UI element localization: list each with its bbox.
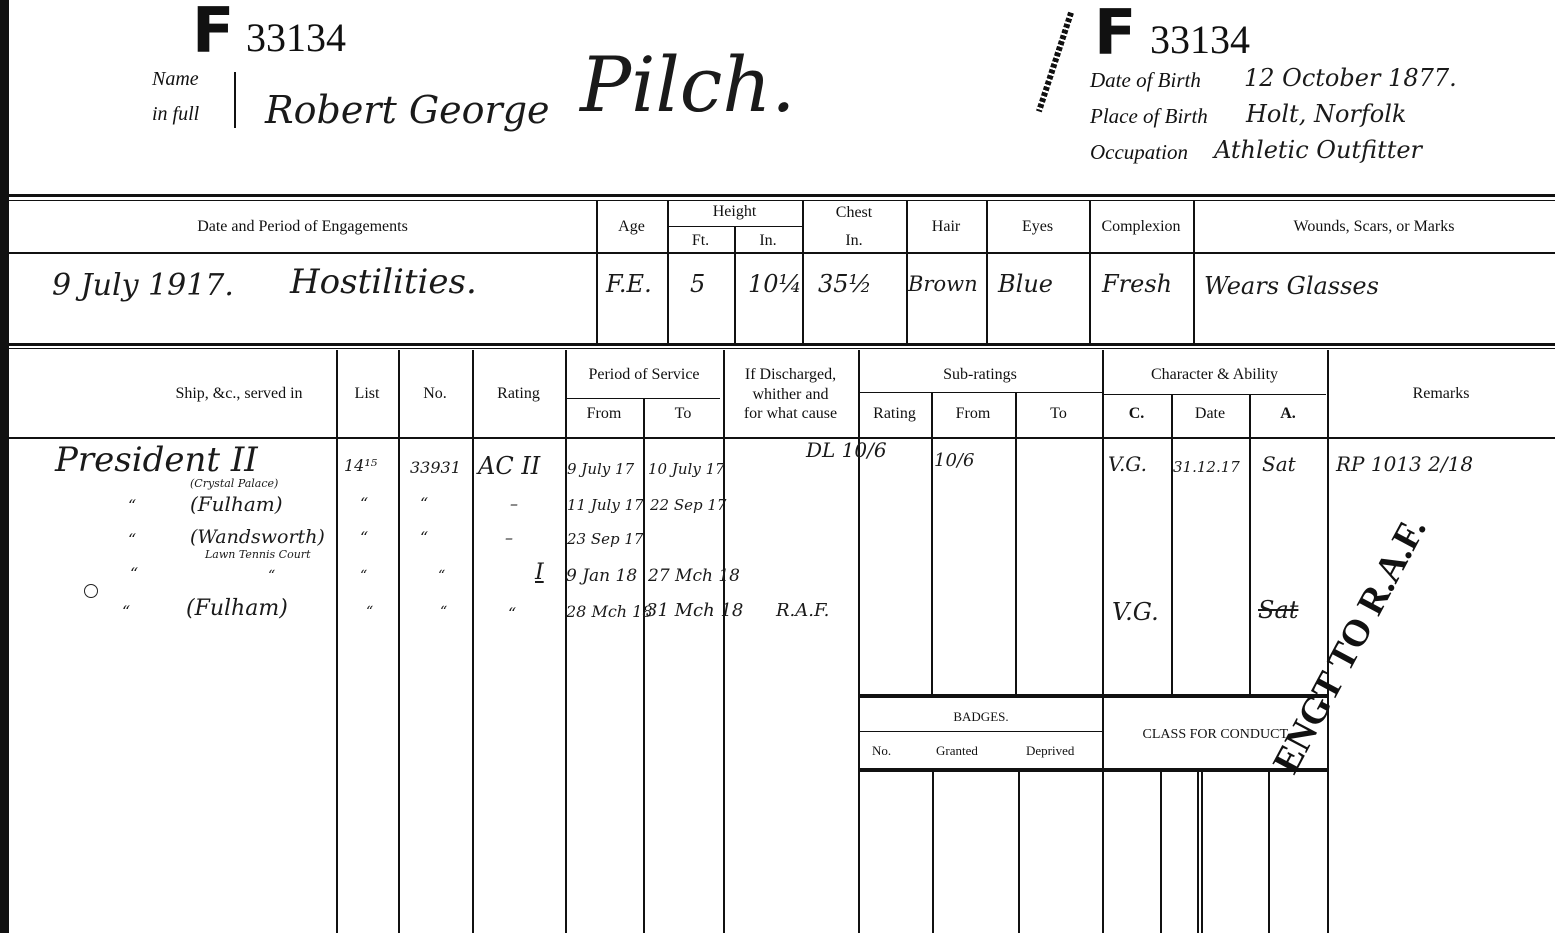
badges-title: BADGES. (858, 709, 1104, 725)
engagement-height-ft: 5 (690, 270, 705, 298)
row3-list: “ (360, 528, 368, 547)
col-sep (398, 350, 400, 933)
header-no: No. (398, 385, 472, 403)
rule-top (9, 194, 1555, 197)
col-sep (1171, 394, 1173, 694)
engagement-height-in: 10¼ (748, 270, 802, 298)
row4-circle-mark (84, 584, 98, 598)
rule-badges-bottom (858, 768, 1329, 772)
row5-to: 31 Mch 18 (646, 600, 743, 621)
row5-discharged: R.A.F. (776, 600, 829, 621)
col-sep (931, 392, 933, 694)
row1-sub-from: 10/6 (934, 450, 974, 471)
row2-list: “ (360, 494, 368, 513)
row5-list: “ (366, 604, 373, 620)
header-discharged-2: whither and (723, 386, 858, 404)
dob-value: 12 October 1877. (1244, 64, 1457, 92)
row2-no: “ (420, 494, 428, 513)
row1-from: 9 July 17 (567, 460, 634, 478)
pob-label: Place of Birth (1090, 104, 1208, 129)
header-sub-from: From (931, 405, 1015, 423)
dob-label: Date of Birth (1090, 68, 1201, 93)
col-sep (1018, 772, 1020, 933)
engagement-date: 9 July 1917. (52, 268, 234, 303)
row1-list: 14¹⁵ (344, 456, 377, 475)
engagement-chest: 35½ (818, 270, 872, 298)
col-sep (1102, 350, 1104, 933)
header-height: Height (667, 203, 802, 221)
row5-ship: “ (122, 602, 130, 621)
row2-from: 11 July 17 (567, 496, 644, 514)
rule-subratings-split (858, 392, 1102, 393)
occupation-label: Occupation (1090, 140, 1188, 165)
col-sep (667, 201, 669, 343)
row1-no: 33931 (410, 458, 461, 477)
name-brace (228, 72, 236, 128)
col-sep (472, 350, 474, 933)
header-chest: Chest (802, 204, 906, 222)
row1-ship-note: (Crystal Palace) (190, 477, 278, 490)
header-from: From (565, 405, 643, 423)
header-discharged-3: for what cause (723, 405, 858, 423)
col-sep (802, 201, 804, 343)
header-height-ft: Ft. (667, 232, 734, 250)
row5-rating: “ (508, 604, 516, 623)
col-sep (1197, 772, 1199, 933)
row5-no: “ (440, 604, 447, 620)
row4-ship: “ (130, 564, 138, 583)
engt-to-raf-stamp: ENGT TO R.A.F. (1264, 510, 1436, 780)
badges-no: No. (872, 743, 891, 759)
header-period: Period of Service (565, 366, 723, 384)
header-hair: Hair (906, 218, 986, 236)
engagement-complexion: Fresh (1102, 270, 1172, 298)
col-sep (1249, 394, 1251, 694)
rule-character-split (1102, 394, 1326, 395)
row5-c: V.G. (1112, 598, 1159, 626)
row1-rating: AC II (478, 452, 540, 480)
engagement-age: F.E. (606, 270, 652, 298)
header-chest-in: In. (802, 232, 906, 250)
header-height-in: In. (734, 232, 802, 250)
row1-date: 31.12.17 (1173, 458, 1240, 476)
row3-ship: “ (128, 530, 136, 549)
row4-to: 27 Mch 18 (648, 566, 740, 586)
row4-rating: I (535, 560, 544, 585)
official-number: 33134 (246, 14, 346, 61)
left-border (0, 0, 9, 933)
col-sep (932, 772, 934, 933)
engagement-wounds: Wears Glasses (1204, 272, 1379, 300)
row3-ship-note2: Lawn Tennis Court (205, 548, 310, 561)
row2-ship: “ (128, 496, 136, 515)
pob-value: Holt, Norfolk (1246, 100, 1406, 128)
row1-to: 10 July 17 (648, 460, 725, 478)
row3-from: 23 Sep 17 (567, 530, 643, 548)
header-discharged-1: If Discharged, (723, 366, 858, 384)
occupation-value: Athletic Outfitter (1214, 136, 1422, 164)
row4-list: “ (360, 568, 367, 584)
row1-c: V.G. (1108, 452, 1147, 476)
name-label-line2: in full (152, 103, 199, 126)
official-number-prefix: F (192, 0, 234, 67)
row4-ship-note: “ (268, 568, 275, 584)
header-eyes: Eyes (986, 218, 1089, 236)
name-last: Pilch. (580, 40, 795, 129)
name-label-line1: Name (152, 68, 199, 91)
row1-a: Sat (1262, 452, 1296, 476)
rule-badges-top (858, 694, 1329, 698)
stamp-diagonal-mark (1036, 12, 1074, 113)
col-sep (565, 350, 567, 933)
header-c: C. (1102, 405, 1171, 423)
col-sep (1160, 772, 1162, 933)
name-first: Robert George (265, 88, 550, 132)
engagement-hair: Brown (908, 272, 978, 296)
col-sep (1268, 772, 1270, 933)
header-rating: Rating (472, 385, 565, 403)
engagement-eyes: Blue (998, 270, 1053, 298)
rule-eng-bottom-thin (9, 348, 1555, 349)
row1-remarks: RP 1013 2/18 (1336, 452, 1473, 476)
header-complexion: Complexion (1089, 218, 1193, 236)
row5-from: 28 Mch 18 (566, 602, 653, 621)
row5-ship-note: (Fulham) (186, 596, 288, 621)
col-sep (723, 350, 725, 933)
right-number-prefix: F (1094, 0, 1136, 69)
rule-service-header (9, 437, 1555, 439)
row2-rating: – (510, 494, 518, 513)
rule-eng-bottom (9, 343, 1555, 346)
header-age: Age (596, 218, 667, 236)
row2-to: 22 Sep 17 (650, 496, 726, 514)
header-date: Date (1171, 405, 1249, 423)
header-wounds: Wounds, Scars, or Marks (1193, 218, 1555, 236)
row3-rating: – (505, 528, 513, 547)
col-sep (336, 350, 338, 933)
header-character: Character & Ability (1102, 366, 1327, 384)
rule-top-thin (9, 200, 1555, 201)
header-sub-to: To (1015, 405, 1102, 423)
col-sep (643, 398, 645, 933)
header-date-period: Date and Period of Engagements (9, 218, 596, 236)
header-to: To (643, 405, 723, 423)
row3-ship-note: (Wandsworth) (190, 526, 325, 548)
row5-a: Sat (1258, 596, 1298, 624)
rule-badges-split (858, 731, 1104, 732)
rule-eng-header (9, 252, 1555, 254)
row1-sub-rating: DL 10/6 (806, 438, 887, 462)
col-sep (1015, 392, 1017, 694)
badges-granted: Granted (936, 743, 978, 759)
row4-no: “ (438, 568, 445, 584)
badges-deprived: Deprived (1026, 743, 1074, 759)
header-list: List (336, 385, 398, 403)
col-sep (1201, 772, 1203, 933)
row3-no: “ (420, 528, 428, 547)
header-subratings: Sub-ratings (858, 366, 1102, 384)
row1-ship: President II (55, 440, 258, 480)
right-number: 33134 (1150, 16, 1250, 63)
engagement-period: Hostilities. (290, 262, 477, 302)
row2-ship-note: (Fulham) (190, 492, 283, 516)
row4-from: 9 Jan 18 (566, 566, 637, 586)
header-a: A. (1249, 405, 1327, 423)
header-sub-rating: Rating (858, 405, 931, 423)
header-remarks: Remarks (1327, 385, 1555, 403)
